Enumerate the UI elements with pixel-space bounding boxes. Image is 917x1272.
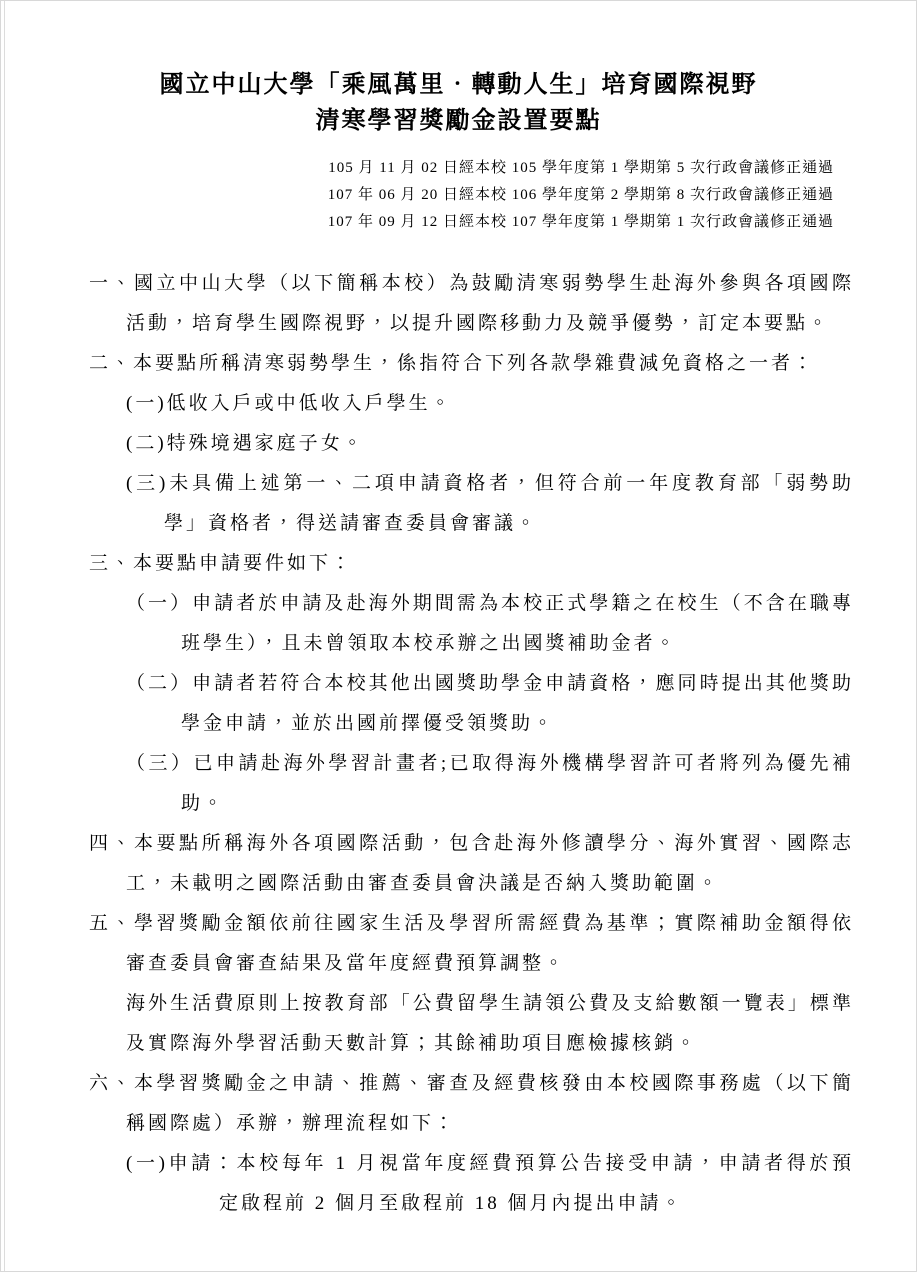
revision-note: 105 月 11 月 02 日經本校 105 學年度第 1 學期第 5 次行政會… — [1, 155, 834, 182]
section-3-item-3: （三）已申請赴海外學習計畫者;已取得海外機構學習許可者將列為優先補助。 — [126, 744, 854, 824]
section-2-item-3: (三)未具備上述第一、二項申請資格者，但符合前一年度教育部「弱勢助學」資格者，得… — [126, 464, 854, 544]
section-3-item-1: （一）申請者於申請及赴海外期間需為本校正式學籍之在校生（不含在職專班學生），且未… — [126, 584, 854, 664]
section-2-paragraph: 二、本要點所稱清寒弱勢學生，係指符合下列各款學雜費減免資格之一者： — [89, 344, 854, 384]
document-title: 國立中山大學「乘風萬里‧轉動人生」培育國際視野 清寒學習獎勵金設置要點 — [1, 67, 916, 139]
document-title-line1: 國立中山大學「乘風萬里‧轉動人生」培育國際視野 — [1, 67, 916, 103]
revision-note: 107 年 09 月 12 日經本校 107 學年度第 1 學期第 1 次行政會… — [1, 209, 834, 236]
document-title-line2: 清寒學習獎勵金設置要點 — [1, 103, 916, 139]
section-6-paragraph: 六、本學習獎勵金之申請、推薦、審查及經費核發由本校國際事務處（以下簡稱國際處）承… — [89, 1064, 854, 1144]
section-1-paragraph: 一、國立中山大學（以下簡稱本校）為鼓勵清寒弱勢學生赴海外參與各項國際活動，培育學… — [89, 264, 854, 344]
document-body: 一、國立中山大學（以下簡稱本校）為鼓勵清寒弱勢學生赴海外參與各項國際活動，培育學… — [1, 264, 916, 1224]
section-2-item-2: (二)特殊境遇家庭子女。 — [126, 424, 854, 464]
section-3-paragraph: 三、本要點申請要件如下： — [89, 544, 854, 584]
section-6-item-1: (一)申請：本校每年 1 月視當年度經費預算公告接受申請，申請者得於預定啟程前 … — [126, 1144, 854, 1224]
section-4-paragraph: 四、本要點所稱海外各項國際活動，包含赴海外修讀學分、海外實習、國際志工，未載明之… — [89, 824, 854, 904]
revision-history: 105 月 11 月 02 日經本校 105 學年度第 1 學期第 5 次行政會… — [1, 155, 916, 236]
section-2-item-1: (一)低收入戶或中低收入戶學生。 — [126, 384, 854, 424]
document-page: 國立中山大學「乘風萬里‧轉動人生」培育國際視野 清寒學習獎勵金設置要點 105 … — [0, 0, 917, 1272]
section-5-paragraph: 五、學習獎勵金額依前往國家生活及學習所需經費為基準；實際補助金額得依審查委員會審… — [89, 904, 854, 984]
revision-note: 107 年 06 月 20 日經本校 106 學年度第 2 學期第 8 次行政會… — [1, 182, 834, 209]
section-5-continuation: 海外生活費原則上按教育部「公費留學生請領公費及支給數額一覽表」標準及實際海外學習… — [126, 984, 854, 1064]
section-3-item-2: （二）申請者若符合本校其他出國獎助學金申請資格，應同時提出其他獎助學金申請，並於… — [126, 664, 854, 744]
